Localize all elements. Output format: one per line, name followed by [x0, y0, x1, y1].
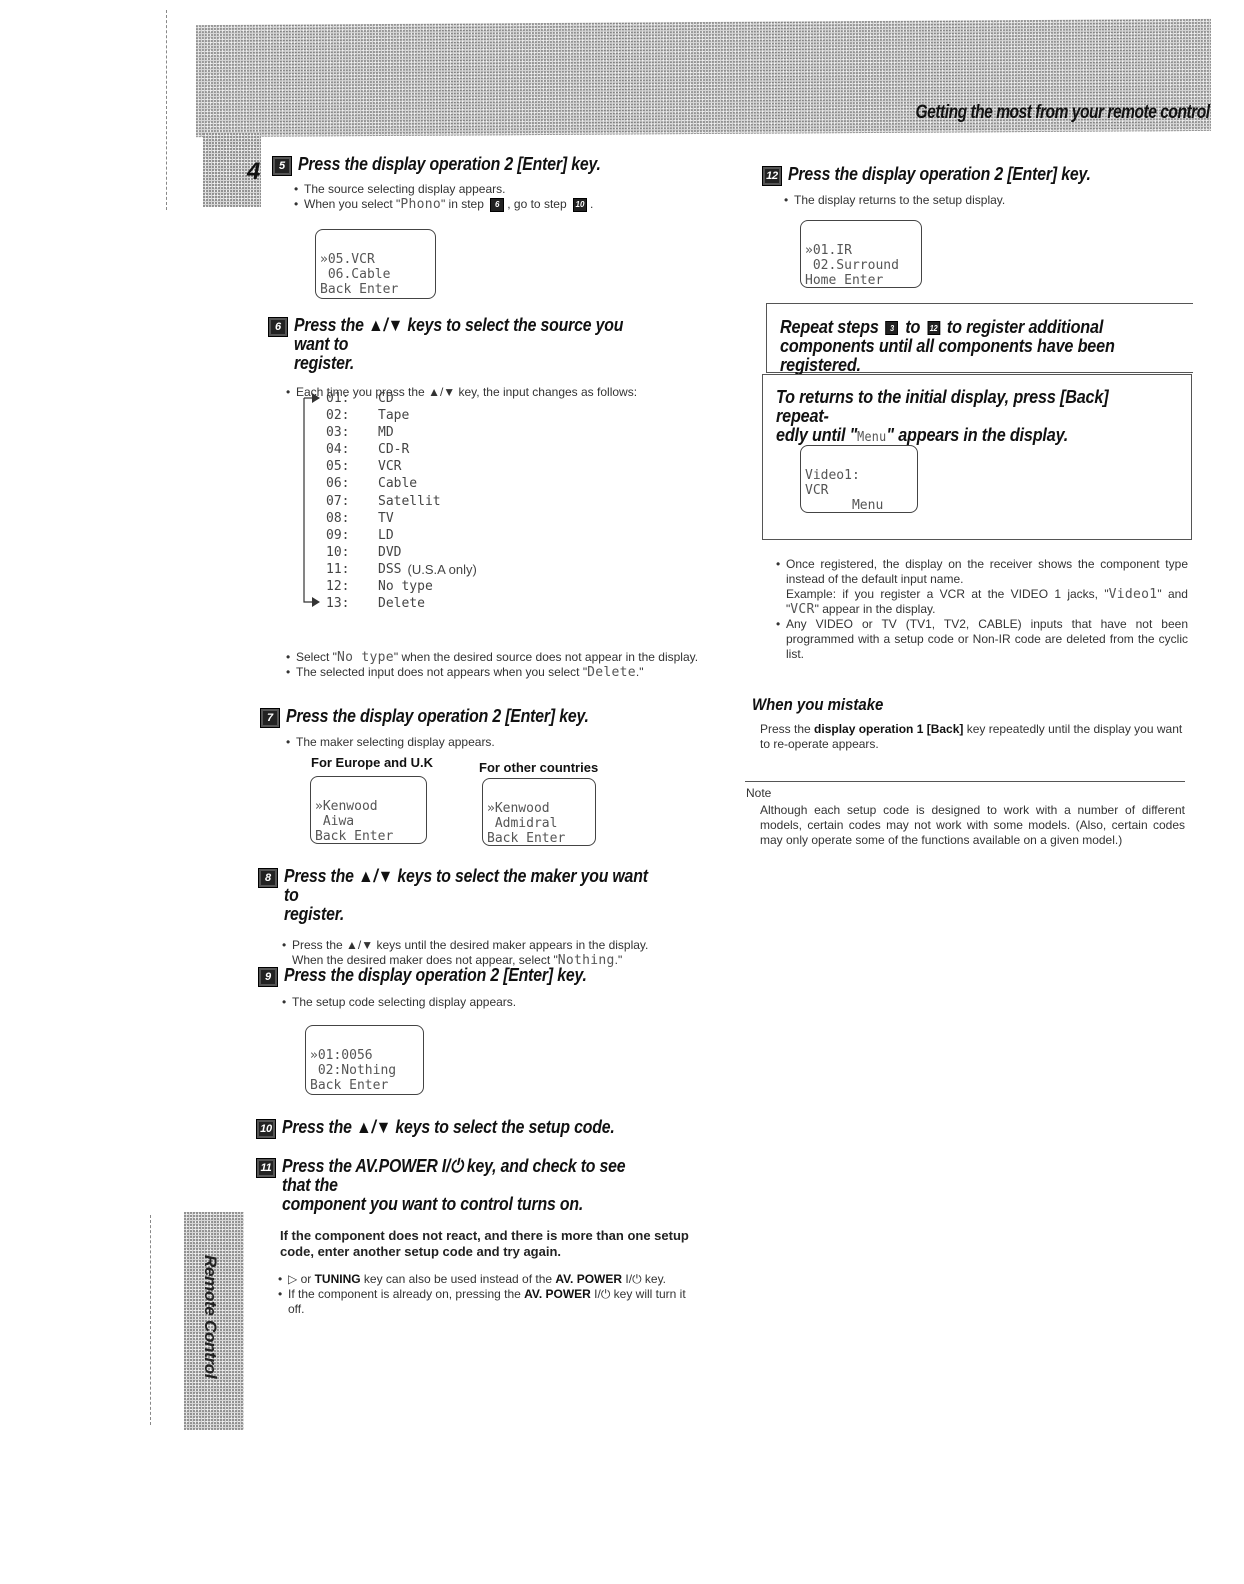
step-title: Press the ▲/▼ keys to select the maker y… [284, 866, 648, 905]
bullet-text: The source selecting display appears. [294, 182, 712, 197]
lcd-display-menu: Video1:VCR Menu [800, 445, 918, 513]
other-countries-label: For other countries [479, 760, 598, 775]
step-10: 10Press the ▲/▼ keys to select the setup… [256, 1118, 706, 1139]
step-number-badge: 9 [258, 967, 278, 987]
source-list-item: 01:CD [326, 390, 477, 407]
bold-instruction: If the component does not react, and the… [280, 1228, 700, 1260]
section-number: 4 [247, 158, 260, 186]
lcd-display-source: »05.VCR 06.CableBack Enter [315, 229, 436, 299]
step-number-badge: 6 [268, 317, 288, 337]
step-number-badge: 12 [762, 166, 782, 186]
step-title: Press the AV.POWER I/⏻ key, and check to… [282, 1156, 625, 1195]
step-title: Press the display operation 2 [Enter] ke… [298, 155, 601, 174]
return-instruction: To returns to the initial display, press… [776, 388, 1181, 447]
bullet-text: The selected input does not appears when… [286, 665, 706, 680]
step-5: 5Press the display operation 2 [Enter] k… [272, 155, 712, 212]
bullet-text: Select "No type" when the desired source… [286, 650, 706, 665]
bullet-text: The maker selecting display appears. [286, 735, 710, 750]
step-6: 6Press the ▲/▼ keys to select the source… [268, 316, 708, 400]
europe-label: For Europe and U.K [311, 755, 433, 770]
source-list-item: 03:MD [326, 424, 477, 441]
side-tab-label: Remote Control [200, 1255, 220, 1378]
note-text: Although each setup code is designed to … [760, 803, 1185, 848]
note-label: Note [746, 786, 771, 800]
source-list-item: 13:Delete [326, 595, 477, 612]
lcd-display-setup: »01.IR 02.SurroundHome Enter [800, 220, 922, 288]
mistake-text: Press the display operation 1 [Back] key… [760, 722, 1190, 752]
note-divider [745, 781, 1185, 782]
bullet-text: If the component is already on, pressing… [278, 1287, 698, 1317]
page-header-title: Getting the most from your remote contro… [916, 102, 1210, 124]
bullet-text: Press the ▲/▼ keys until the desired mak… [282, 938, 708, 968]
source-list-item: 08:TV [326, 510, 477, 527]
source-list-item: 07:Satellit [326, 493, 477, 510]
margin-dash-line [150, 1215, 151, 1425]
bullet-text: The setup code selecting display appears… [282, 995, 708, 1010]
bullet-text: When you select "Phono" in step 6, go to… [294, 197, 712, 212]
step-ref-badge: 10 [573, 198, 587, 212]
source-list-item: 06:Cable [326, 475, 477, 492]
source-list-item: 11:DSS(U.S.A only) [326, 561, 477, 578]
margin-dash-line [166, 10, 167, 210]
source-list-item: 09:LD [326, 527, 477, 544]
source-list-item: 10:DVD [326, 544, 477, 561]
step-number-badge: 5 [272, 156, 292, 176]
step-9: 9Press the display operation 2 [Enter] k… [258, 966, 708, 1010]
lcd-display-setup-code: »01:0056 02:NothingBack Enter [305, 1025, 424, 1095]
step-ref-badge: 6 [490, 198, 504, 212]
step-number-badge: 7 [260, 708, 280, 728]
bullet-text: ▷ or TUNING key can also be used instead… [278, 1272, 698, 1287]
step-number-badge: 8 [258, 868, 278, 888]
step-ref-badge: 3 [886, 321, 899, 335]
step-ref-badge: 12 [927, 321, 940, 335]
step-title: Press the display operation 2 [Enter] ke… [284, 966, 587, 985]
step-11: 11Press the AV.POWER I/⏻ key, and check … [256, 1157, 706, 1317]
step-7: 7Press the display operation 2 [Enter] k… [260, 707, 710, 750]
source-list-item: 04:CD-R [326, 441, 477, 458]
step-title: Press the display operation 2 [Enter] ke… [788, 165, 1091, 184]
step-number-badge: 11 [256, 1158, 276, 1178]
step-number-badge: 10 [256, 1119, 276, 1139]
repeat-steps-text: Repeat steps 3 to 12 to register additio… [780, 318, 1185, 375]
step-title: Press the ▲/▼ keys to select the setup c… [282, 1118, 615, 1137]
registration-notes: Once registered, the display on the rece… [776, 557, 1188, 662]
source-list-item: 05:VCR [326, 458, 477, 475]
source-list-item: 12:No type [326, 578, 477, 595]
step-12: 12Press the display operation 2 [Enter] … [762, 165, 1192, 208]
step-8: 8Press the ▲/▼ keys to select the maker … [258, 867, 708, 968]
lcd-display-maker-other: »Kenwood AdmidralBack Enter [482, 778, 596, 846]
bullet-text: Any VIDEO or TV (TV1, TV2, CABLE) inputs… [776, 617, 1188, 662]
bullet-text: Once registered, the display on the rece… [776, 557, 1188, 617]
bullet-text: The display returns to the setup display… [784, 193, 1192, 208]
source-list-item: 02:Tape [326, 407, 477, 424]
mistake-heading: When you mistake [752, 695, 883, 715]
step-6-notes: Select "No type" when the desired source… [286, 650, 706, 680]
cycle-arrow-icon [298, 390, 324, 615]
step-title: Press the display operation 2 [Enter] ke… [286, 707, 589, 726]
step-title: Press the ▲/▼ keys to select the source … [294, 315, 623, 354]
lcd-display-maker-europe: »Kenwood AiwaBack Enter [310, 776, 427, 844]
